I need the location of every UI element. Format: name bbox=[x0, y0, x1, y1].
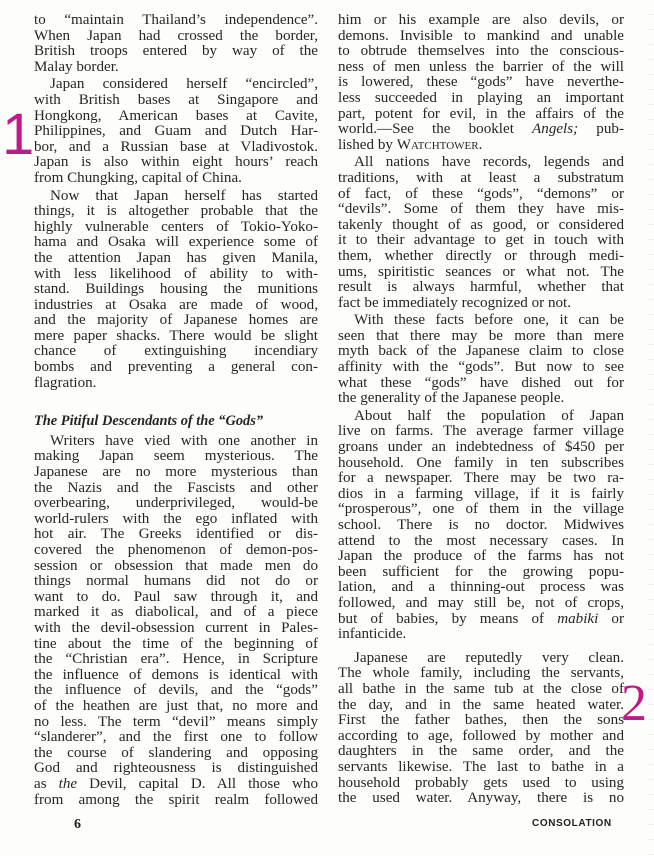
paragraph: Japan considered herself “encircled”, wi… bbox=[34, 77, 318, 186]
text-line: Hongkong, American bases at Cavite, bbox=[34, 109, 318, 125]
text-line: the day, and in the same heated water. bbox=[338, 698, 624, 714]
italic-emphasis: the bbox=[59, 776, 77, 792]
text-line: the attention Japan has given Manila, bbox=[34, 251, 318, 267]
text-line: chance of extinguishing incendiary bbox=[34, 344, 318, 360]
text-run: lished by bbox=[338, 137, 397, 153]
text-line: with the devil-obsession current in Pale… bbox=[34, 621, 318, 637]
text-line: with British bases at Singapore and bbox=[34, 93, 318, 109]
text-line: bor, and a Russian base at Vladivostok. bbox=[34, 140, 318, 156]
japanese-term: mabiki bbox=[557, 611, 598, 627]
text-run: or bbox=[598, 611, 624, 627]
text-line: servants likewise. The last to bathe in … bbox=[338, 760, 624, 776]
text-line: to obtrude themselves into the conscious… bbox=[338, 44, 624, 60]
text-line: All nations have records, legends and bbox=[338, 155, 624, 171]
text-line: the influence of demons is identical wit… bbox=[34, 668, 318, 684]
text-line: from among the spirit realm followed bbox=[34, 793, 318, 809]
text-line: the “Christian era”. Hence, in Scripture bbox=[34, 652, 318, 668]
text-line: First the father bathes, then the sons bbox=[338, 713, 624, 729]
text-line: world.—See the booklet Angels; pub- bbox=[338, 122, 624, 138]
text-line: demons. Invisible to mankind and unable bbox=[338, 29, 624, 45]
text-line: session or obsession that made men do bbox=[34, 559, 318, 575]
text-line: bombs and preventing a general con- bbox=[34, 360, 318, 376]
text-line: fact be immediately recognized or not. bbox=[338, 296, 624, 312]
text-line: Now that Japan herself has started bbox=[34, 189, 318, 205]
text-line: overbearing, underprivileged, would-be bbox=[34, 496, 318, 512]
text-line: lished by Watchtower. bbox=[338, 138, 624, 154]
text-line: less succeeded in playing an important bbox=[338, 91, 624, 107]
text-run: . bbox=[479, 137, 483, 153]
text-line: takenly thought of as good, or considere… bbox=[338, 218, 624, 234]
text-line: highly vulnerable centers of Tokio-Yoko- bbox=[34, 220, 318, 236]
text-line: dios in a farming village, if it is fair… bbox=[338, 487, 624, 503]
paragraph: About half the population of Japan live … bbox=[338, 409, 624, 643]
text-line: myth back of the Japanese claim to close bbox=[338, 344, 624, 360]
scan-edge bbox=[649, 0, 654, 856]
text-line: With these facts before one, it can be bbox=[338, 313, 624, 329]
text-line: them, whether directly or through medi- bbox=[338, 249, 624, 265]
text-line: industries at Osaka are made of wood, bbox=[34, 298, 318, 314]
text-line: About half the population of Japan bbox=[338, 409, 624, 425]
text-line: him or his example are also devils, or bbox=[338, 13, 624, 29]
right-column: him or his example are also devils, or d… bbox=[338, 13, 624, 807]
text-line: to “maintain Thailand’s independence”. bbox=[34, 13, 318, 29]
text-line: the generality of the Japanese people. bbox=[338, 391, 624, 407]
text-line: for a newspaper. There may be two ra- bbox=[338, 471, 624, 487]
text-line: ums, spiritistic seances or what not. Th… bbox=[338, 265, 624, 281]
text-line: followed, and may still be, not of crops… bbox=[338, 596, 624, 612]
paragraph: Writers have vied with one another in ma… bbox=[34, 434, 318, 808]
text-line: and the majority of Japanese homes are bbox=[34, 313, 318, 329]
text-line: tine about the time of the beginning of bbox=[34, 637, 318, 653]
text-line: attend to the most necessary cases. In bbox=[338, 534, 624, 550]
text-line: flagration. bbox=[34, 376, 318, 392]
text-line: Japan considered herself “encircled”, bbox=[34, 77, 318, 93]
text-line: hama and Osaka will experience some of bbox=[34, 235, 318, 251]
text-line: Writers have vied with one another in bbox=[34, 434, 318, 450]
text-run: but of babies, by means of bbox=[338, 611, 557, 627]
text-line: household probably gets used to using bbox=[338, 776, 624, 792]
text-line: according to age, followed by mother and bbox=[338, 729, 624, 745]
text-line: school. There is no doctor. Midwives bbox=[338, 518, 624, 534]
text-line: Philippines, and Guam and Dutch Har- bbox=[34, 124, 318, 140]
paragraph: him or his example are also devils, or d… bbox=[338, 13, 624, 153]
text-line: it to their advantage to get in touch wi… bbox=[338, 233, 624, 249]
text-line: covered the phenomenon of demon-pos- bbox=[34, 543, 318, 559]
text-line: hot air. The Greeks identified or dis- bbox=[34, 527, 318, 543]
text-line: world-rulers with the ego inflated with bbox=[34, 512, 318, 528]
text-line: traditions, with at least a substratum bbox=[338, 171, 624, 187]
text-line: result is always harmful, whether that bbox=[338, 280, 624, 296]
text-line: as the Devil, capital D. All those who bbox=[34, 777, 318, 793]
paragraph: to “maintain Thailand’s independence”. W… bbox=[34, 13, 318, 75]
text-line: Japanese are reputedly very clean. bbox=[338, 651, 624, 667]
text-line: is lowered, these “gods” have neverthe- bbox=[338, 75, 624, 91]
text-line: the used water. Anyway, there is no bbox=[338, 791, 624, 807]
text-line: want to do. Paul saw through it, and bbox=[34, 590, 318, 606]
text-line: “devils”. Some of them they have mis- bbox=[338, 202, 624, 218]
text-line: stand. Buildings housing the munitions bbox=[34, 282, 318, 298]
text-line: affinity with the “gods”. But now to see bbox=[338, 360, 624, 376]
booklet-title: Angels; bbox=[532, 121, 578, 137]
text-line: but of babies, by means of mabiki or bbox=[338, 612, 624, 628]
text-line: with less likelihood of ability to with- bbox=[34, 267, 318, 283]
text-line: lation, and a thinning-out process was bbox=[338, 580, 624, 596]
paragraph: Japanese are reputedly very clean. The w… bbox=[338, 651, 624, 807]
page-number: 6 bbox=[74, 817, 81, 833]
text-line: Japanese are no more mysterious than bbox=[34, 465, 318, 481]
annotation-marker-2: 2 bbox=[621, 675, 647, 733]
text-line: British troops entered by way of the bbox=[34, 44, 318, 60]
paragraph: All nations have records, legends and tr… bbox=[338, 155, 624, 311]
text-line: groans under an indebtedness of $450 per bbox=[338, 440, 624, 456]
text-line: ness of men unless the barrier of the wi… bbox=[338, 60, 624, 76]
text-line: Malay border. bbox=[34, 60, 318, 76]
text-line: making Japan seem mysterious. The bbox=[34, 449, 318, 465]
text-run: as bbox=[34, 776, 59, 792]
magazine-page: 1 2 to “maintain Thailand’s independence… bbox=[0, 0, 654, 856]
text-line: When Japan had crossed the border, bbox=[34, 29, 318, 45]
text-line: the course of slandering and opposing bbox=[34, 746, 318, 762]
text-line: marked it as diabolical, and of a piece bbox=[34, 605, 318, 621]
text-line: all bathe in the same tub at the close o… bbox=[338, 682, 624, 698]
text-run: Devil, capital D. All those who bbox=[77, 776, 318, 792]
text-line: God and righteousness is distinguished bbox=[34, 761, 318, 777]
text-line: the influence of devils, and the “gods” bbox=[34, 683, 318, 699]
text-line: from Chungking, capital of China. bbox=[34, 171, 318, 187]
publisher-name: Watchtower bbox=[397, 137, 479, 153]
text-line: part, potent for evil, in the affairs of… bbox=[338, 107, 624, 123]
text-run: pub- bbox=[578, 121, 624, 137]
text-line: things normal humans did not do or bbox=[34, 574, 318, 590]
text-line: live on farms. The average farmer villag… bbox=[338, 424, 624, 440]
text-line: infanticide. bbox=[338, 627, 624, 643]
text-line: Japan is also within eight hours’ reach bbox=[34, 155, 318, 171]
publication-name: CONSOLATION bbox=[532, 818, 612, 829]
text-line: the Nazis and the Fascists and other bbox=[34, 481, 318, 497]
text-line: of the heathen are just that, no more an… bbox=[34, 699, 318, 715]
section-subheading: The Pitiful Descendants of the “Gods” bbox=[34, 414, 318, 430]
text-line: seen that there may be more than mere bbox=[338, 329, 624, 345]
text-line: no less. The term “devil” means simply bbox=[34, 715, 318, 731]
text-line: things, it is altogether probable that t… bbox=[34, 204, 318, 220]
text-line: mere paper shacks. There would be slight bbox=[34, 329, 318, 345]
text-line: of fact, of these “gods”, “demons” or bbox=[338, 187, 624, 203]
text-line: Japan the produce of the farms has not bbox=[338, 549, 624, 565]
text-line: what these “gods” have dished out for bbox=[338, 376, 624, 392]
text-line: been sufficient for the growing popu- bbox=[338, 565, 624, 581]
text-line: daughters in the same order, and the bbox=[338, 744, 624, 760]
annotation-marker-1: 1 bbox=[2, 106, 34, 164]
paragraph: With these facts before one, it can be s… bbox=[338, 313, 624, 407]
text-line: The whole family, including the servants… bbox=[338, 666, 624, 682]
text-line: “slanderer”, and the first one to follow bbox=[34, 730, 318, 746]
paragraph: Now that Japan herself has started thing… bbox=[34, 189, 318, 392]
text-line: household. One family in ten subscribes bbox=[338, 456, 624, 472]
text-line: “prosperous”, one of them in the village bbox=[338, 502, 624, 518]
left-column: to “maintain Thailand’s independence”. W… bbox=[34, 13, 318, 808]
text-run: world.—See the booklet bbox=[338, 121, 532, 137]
